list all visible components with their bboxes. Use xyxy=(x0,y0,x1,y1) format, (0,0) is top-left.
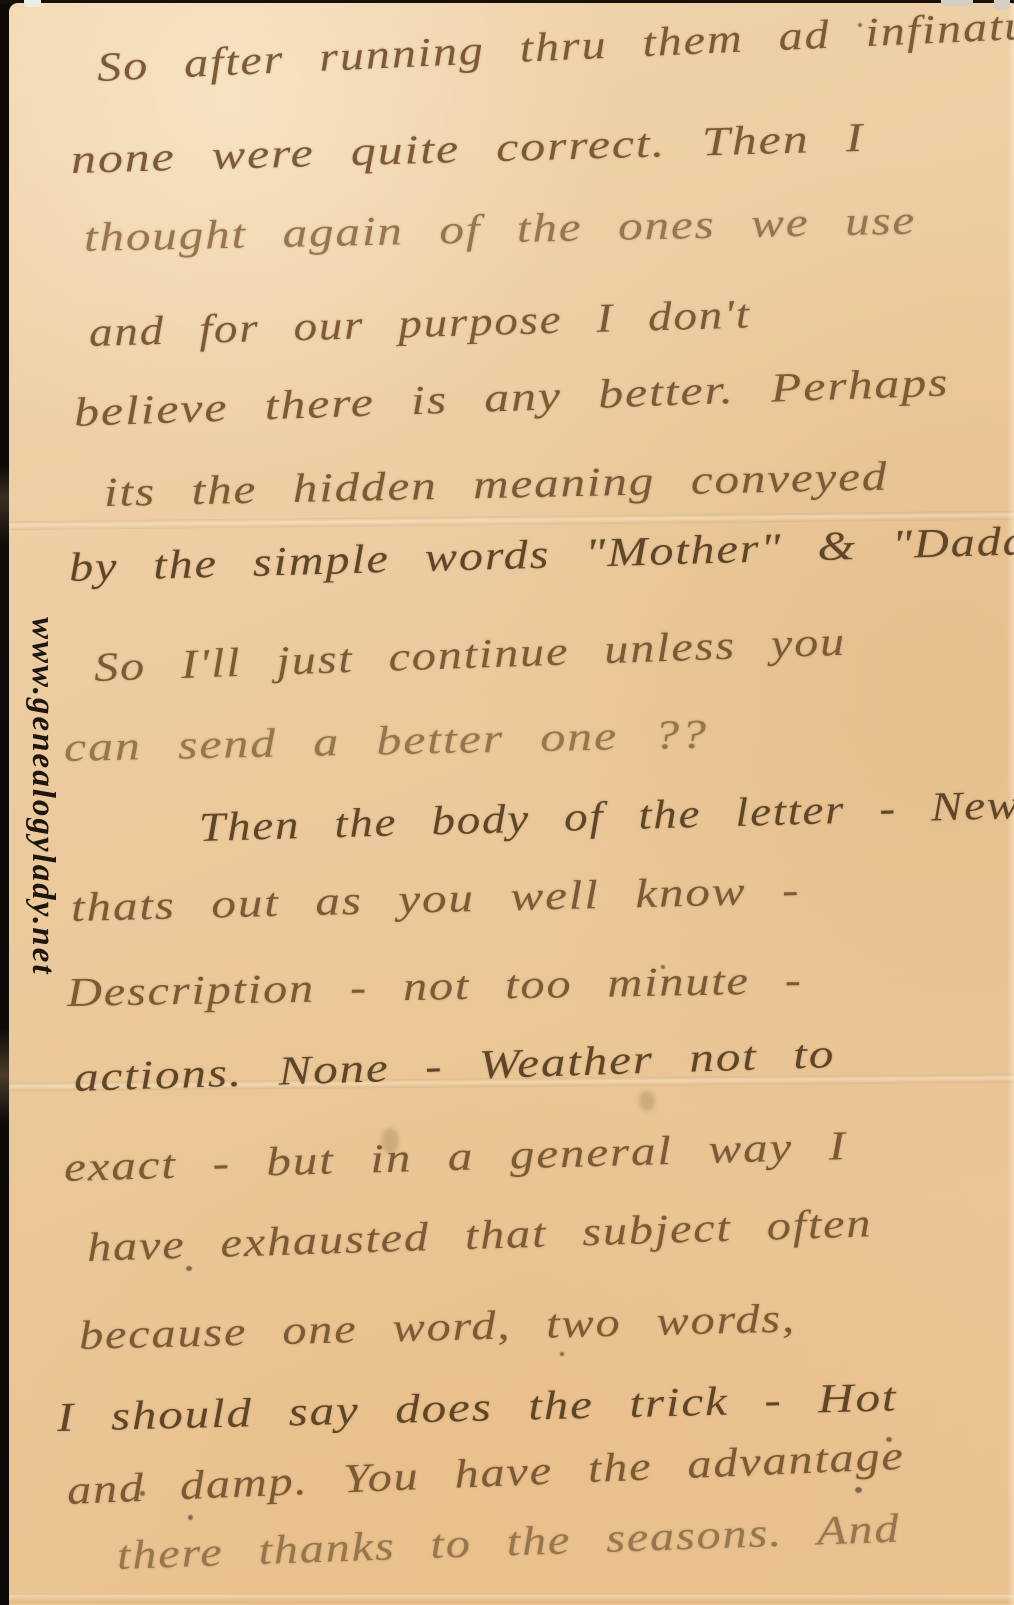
handwriting-line: because one word, two words, xyxy=(78,1293,796,1359)
ink-blotch xyxy=(886,1437,892,1442)
handwriting-line: and for our purpose I don't xyxy=(88,290,751,356)
ink-blotch xyxy=(858,23,862,27)
handwriting-line: Then the body of the letter - News= xyxy=(198,779,1014,851)
scanned-letter-page: So after running thru them ad infinatumn… xyxy=(0,0,1014,1605)
ink-blotch xyxy=(188,1515,193,1520)
torn-edge-fragment xyxy=(994,0,1010,10)
ink-blotch xyxy=(140,1491,145,1496)
handwriting-line: thought again of the ones we use xyxy=(83,196,916,261)
scan-edge-left xyxy=(0,0,9,1605)
bottom-edge-crease xyxy=(9,1595,1014,1603)
handwriting-line: can send a better one ?? xyxy=(63,710,708,771)
torn-edge-fragment xyxy=(941,0,973,6)
ink-blotch xyxy=(855,1487,862,1493)
ink-blotch xyxy=(560,1352,564,1356)
handwriting-line: Description - not too minute - xyxy=(67,955,803,1016)
handwriting-line: So after running thru them ad infinatum xyxy=(96,0,1014,91)
handwriting-line: I should say does the trick - Hot xyxy=(56,1372,897,1441)
handwriting-line: and damp. You have the advantage xyxy=(66,1431,906,1514)
handwriting-line: believe there is any better. Perhaps xyxy=(73,357,950,436)
handwriting-line: there thanks to the seasons. And xyxy=(116,1504,901,1579)
handwriting-line: its the hidden meaning conveyed xyxy=(103,452,888,516)
handwriting-line: So I'll just continue unless you xyxy=(93,617,847,691)
letter-paper: So after running thru them ad infinatumn… xyxy=(9,3,1014,1605)
paper-smudge xyxy=(639,1091,655,1111)
handwriting-line: none were quite correct. Then I xyxy=(70,113,865,183)
handwriting-line: thats out as you well know - xyxy=(70,865,800,931)
watermark-text: www.genealogylady.net xyxy=(24,617,61,976)
scan-top-sliver xyxy=(24,0,41,7)
handwriting-line: have exhausted that subject often xyxy=(86,1198,873,1271)
ink-blotch xyxy=(661,965,665,969)
paper-smudge xyxy=(381,1128,399,1154)
ink-blotch xyxy=(186,1266,192,1271)
handwriting-line: actions. None - Weather not to xyxy=(73,1029,836,1101)
handwriting-line: exact - but in a general way I xyxy=(63,1121,847,1191)
